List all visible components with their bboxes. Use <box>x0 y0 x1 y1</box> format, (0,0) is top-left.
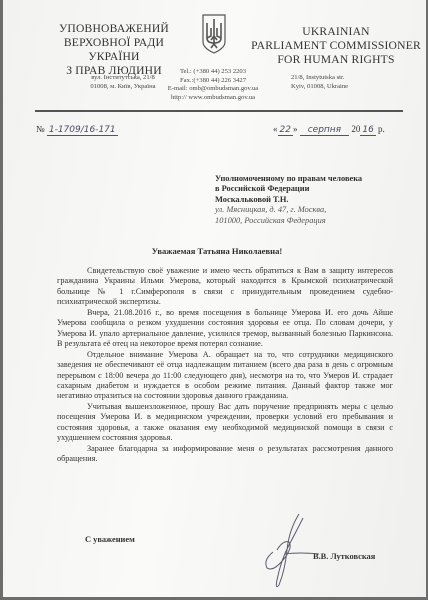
recipient-name: Москальковой Т.Н. <box>215 195 362 205</box>
trident-icon <box>202 14 226 54</box>
signature-icon <box>259 510 321 590</box>
fax: Fax.:(+380 44) 226 3427 <box>158 77 268 86</box>
letter-date: «22» серпня 2016 р. <box>273 124 385 135</box>
recipient-line: Уполномоченному по правам человека <box>215 174 362 184</box>
reference-number: № 1-1709/16-171 <box>36 124 118 135</box>
paragraph: Вчера, 21.08.2016 г., во время посещения… <box>57 308 393 350</box>
en-title-line: FOR HUMAN RIGHTS <box>251 53 421 67</box>
date-month: серпня <box>300 125 349 136</box>
recipient-block: Уполномоченному по правам человека в Рос… <box>215 174 362 226</box>
paragraph: Свидетельствую своё уважение и имею чест… <box>57 266 393 308</box>
quote: » <box>293 124 298 134</box>
date-year-prefix: 20 <box>351 124 360 134</box>
date-year-unit: р. <box>378 124 385 134</box>
number-label: № <box>36 124 45 134</box>
paragraph: Учитывая вышеизложенное, прошу Вас дать … <box>57 402 393 444</box>
contacts: Tel.: (+380 44) 253 2203 Fax.:(+380 44) … <box>158 68 268 102</box>
website: http:// www.ombudsman.gov.ua <box>158 94 268 103</box>
address-ua: вул. Інститутська, 21/8 01008, м. Київ, … <box>88 74 158 91</box>
paragraph: Заранее благодарна за информирование мен… <box>57 444 393 465</box>
recipient-address: 101000, Российская Федерация <box>215 216 362 226</box>
address-line: Kyiv, 01008, Ukraine <box>291 83 371 92</box>
ua-title-line: ВЕРХОВНОЇ РАДИ УКРАЇНИ <box>39 36 189 64</box>
phone: Tel.: (+380 44) 253 2203 <box>158 68 268 77</box>
address-line: вул. Інститутська, 21/8 <box>88 74 158 83</box>
address-line: 01008, м. Київ, Україна <box>88 83 158 92</box>
ua-title-line: УПОВНОВАЖЕНИЙ <box>39 22 189 36</box>
signer-name: В.В. Лутковская <box>313 552 375 561</box>
email: E-mail: omb@ombudsman.gov.ua <box>158 85 268 94</box>
en-title-line: PARLIAMENT COMMISSIONER <box>251 39 421 53</box>
letter-page: УПОВНОВАЖЕНИЙ ВЕРХОВНОЇ РАДИ УКРАЇНИ З П… <box>3 0 426 597</box>
en-title-line: UKRAINIAN <box>251 25 421 39</box>
header-divider <box>35 110 403 112</box>
closing: С уважением <box>85 535 135 544</box>
letterhead-en-title: UKRAINIAN PARLIAMENT COMMISSIONER FOR HU… <box>251 25 421 67</box>
paragraph: Отдельное внимание Умерова А. обращает н… <box>57 350 393 402</box>
date-day: 22 <box>278 125 293 136</box>
number-value: 1-1709/16-171 <box>47 125 118 136</box>
salutation: Уважаемая Татьяна Николаевна! <box>3 246 428 256</box>
address-en: 21/8, Instytutska str. Kyiv, 01008, Ukra… <box>291 74 371 91</box>
date-year-suffix: 16 <box>360 125 375 136</box>
quote: « <box>273 124 278 134</box>
recipient-address: ул. Мясницкая, д. 47, г. Москва, <box>215 205 362 215</box>
letter-body: Свидетельствую своё уважение и имею чест… <box>57 266 393 465</box>
address-line: 21/8, Instytutska str. <box>291 74 371 83</box>
recipient-line: в Российской Федерации <box>215 184 362 194</box>
